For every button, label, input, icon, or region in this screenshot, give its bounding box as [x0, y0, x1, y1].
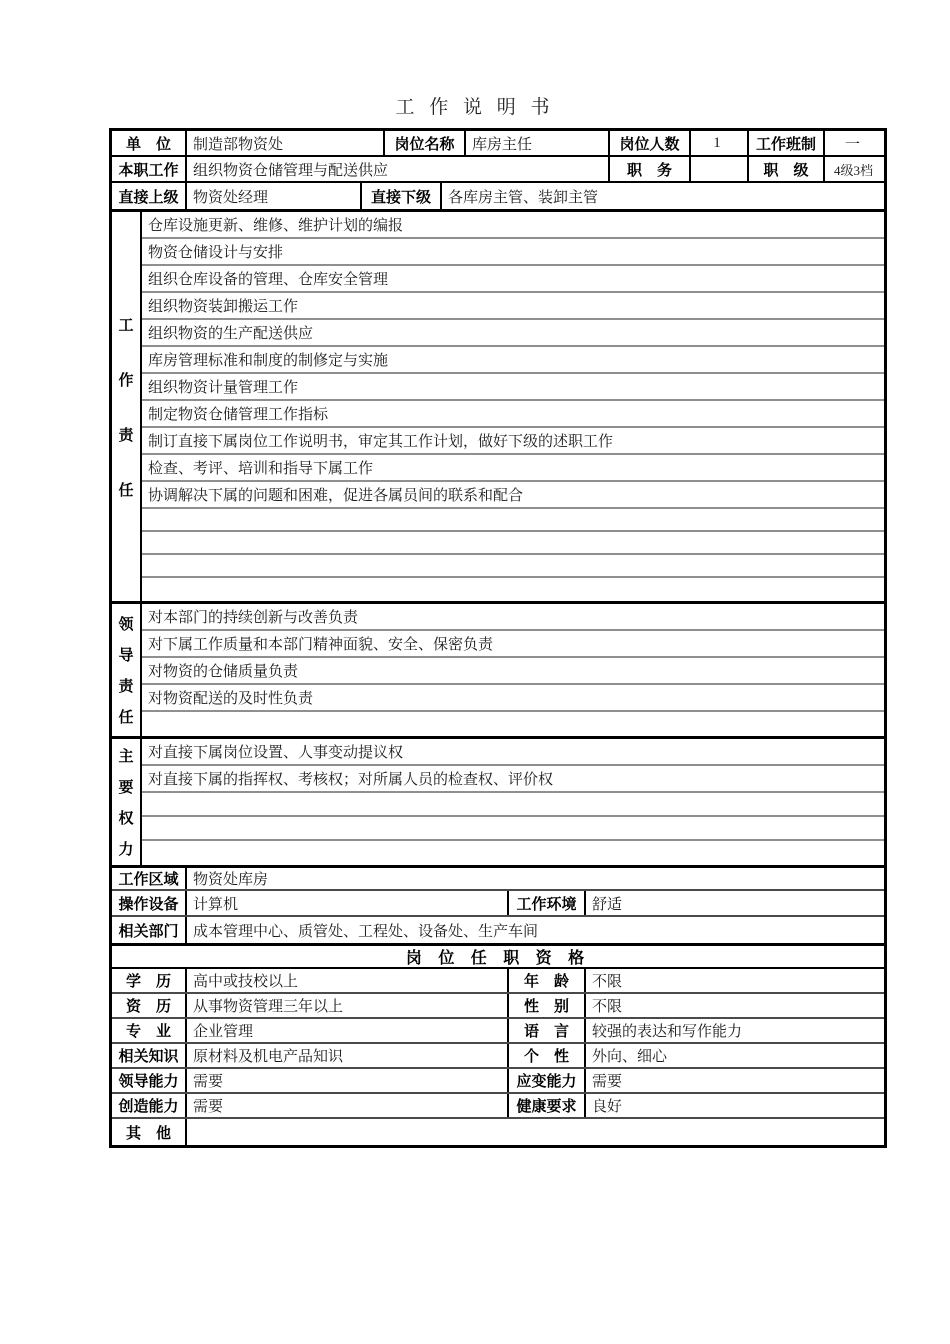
work-responsibilities-rows: 仓库设施更新、维修、维护计划的编报 物资仓储设计与安排 组织仓库设备的管理、仓库… — [142, 212, 884, 601]
empty-row — [142, 555, 884, 578]
subordinate-label: 直接下级 — [362, 183, 442, 209]
vlabel-char: 要 — [118, 776, 133, 797]
superior-label: 直接上级 — [112, 183, 187, 209]
personality-value: 外向、细心 — [586, 1044, 884, 1067]
duty-item-row: 检查、考评、培训和指导下属工作 — [142, 455, 884, 482]
leadership-vertical-label: 领 导 责 任 — [112, 604, 142, 736]
experience-label: 资 历 — [112, 994, 187, 1017]
duty-item-row: 物资仓储设计与安排 — [142, 239, 884, 266]
authorities-vertical-label: 主 要 权 力 — [112, 739, 142, 865]
language-label: 语 言 — [509, 1019, 586, 1042]
equipment-value: 计算机 — [187, 891, 509, 915]
vlabel-char: 力 — [118, 838, 133, 859]
qualification-row: 专 业 企业管理 语 言 较强的表达和写作能力 — [112, 1019, 884, 1044]
section-work-responsibilities: 工 作 责 任 仓库设施更新、维修、维护计划的编报 物资仓储设计与安排 组织仓库… — [112, 209, 884, 601]
vlabel-char: 责 — [118, 675, 133, 696]
duty-item-row: 组织物资装卸搬运工作 — [142, 293, 884, 320]
section-main-authorities: 主 要 权 力 对直接下属岗位设置、人事变动提议权 对直接下属的指挥权、考核权；… — [112, 736, 884, 865]
work-area-row: 工作区域 物资处库房 — [112, 865, 884, 891]
rank-label: 职 级 — [749, 157, 825, 181]
duty-item-row: 库房管理标准和制度的制修定与实施 — [142, 347, 884, 374]
qualification-row: 领导能力 需要 应变能力 需要 — [112, 1069, 884, 1094]
vlabel-char: 主 — [118, 745, 133, 766]
duty-item-row: 仓库设施更新、维修、维护计划的编报 — [142, 212, 884, 239]
empty-row — [142, 509, 884, 532]
vlabel-char: 权 — [118, 807, 133, 828]
leadership-item-row: 对物资的仓储质量负责 — [142, 658, 884, 685]
qualification-row: 资 历 从事物资管理三年以上 性 别 不限 — [112, 994, 884, 1019]
duty-item-row: 组织物资的生产配送供应 — [142, 320, 884, 347]
rank-value: 4级3档 — [825, 157, 884, 181]
headcount-label: 岗位人数 — [610, 131, 691, 155]
leadership-ability-value: 需要 — [187, 1069, 509, 1092]
section-leadership-responsibilities: 领 导 责 任 对本部门的持续创新与改善负责 对下属工作质量和本部门精神面貌、安… — [112, 601, 884, 736]
empty-row — [142, 532, 884, 555]
qualification-row: 创造能力 需要 健康要求 良好 — [112, 1094, 884, 1119]
empty-row — [142, 817, 884, 841]
authority-item-row: 对直接下属岗位设置、人事变动提议权 — [142, 739, 884, 766]
duty-label: 职 务 — [610, 157, 691, 181]
shift-value: 一 — [825, 131, 884, 155]
age-value: 不限 — [586, 969, 884, 992]
subordinate-value: 各库房主管、装卸主管 — [442, 183, 884, 209]
adaptability-label: 应变能力 — [509, 1069, 586, 1092]
creativity-value: 需要 — [187, 1094, 509, 1117]
leadership-item-row: 对下属工作质量和本部门精神面貌、安全、保密负责 — [142, 631, 884, 658]
main-job-value: 组织物资仓储管理与配送供应 — [187, 157, 610, 181]
qualifications-section-title: 岗 位 任 职 资 格 — [112, 943, 884, 969]
empty-row — [142, 712, 884, 736]
work-area-value: 物资处库房 — [187, 868, 884, 889]
empty-row — [142, 578, 884, 601]
environment-value: 舒适 — [586, 891, 884, 915]
knowledge-value: 原材料及机电产品知识 — [187, 1044, 509, 1067]
language-value: 较强的表达和写作能力 — [586, 1019, 884, 1042]
gender-label: 性 别 — [509, 994, 586, 1017]
empty-row — [142, 841, 884, 865]
leadership-item-row: 对本部门的持续创新与改善负责 — [142, 604, 884, 631]
superior-value: 物资处经理 — [187, 183, 362, 209]
vlabel-char: 作 — [118, 369, 133, 390]
work-area-label: 工作区域 — [112, 868, 187, 889]
leadership-item-row: 对物资配送的及时性负责 — [142, 685, 884, 712]
vlabel-char: 工 — [118, 314, 133, 335]
main-job-label: 本职工作 — [112, 157, 187, 181]
adaptability-value: 需要 — [586, 1069, 884, 1092]
unit-label: 单 位 — [112, 131, 187, 155]
other-row: 其 他 — [112, 1119, 884, 1145]
vlabel-char: 责 — [118, 424, 133, 445]
header-row-2: 本职工作 组织物资仓储管理与配送供应 职 务 职 级 4级3档 — [112, 157, 884, 183]
related-departments-value: 成本管理中心、质管处、工程处、设备处、生产车间 — [187, 917, 884, 943]
related-departments-row: 相关部门 成本管理中心、质管处、工程处、设备处、生产车间 — [112, 917, 884, 943]
qualification-row: 相关知识 原材料及机电产品知识 个 性 外向、细心 — [112, 1044, 884, 1069]
header-row-3: 直接上级 物资处经理 直接下级 各库房主管、装卸主管 — [112, 183, 884, 209]
duty-item-row: 制订直接下属岗位工作说明书，审定其工作计划，做好下级的述职工作 — [142, 428, 884, 455]
equipment-environment-row: 操作设备 计算机 工作环境 舒适 — [112, 891, 884, 917]
empty-row — [142, 793, 884, 817]
duty-item-row: 协调解决下属的问题和困难，促进各属员间的联系和配合 — [142, 482, 884, 509]
personality-label: 个 性 — [509, 1044, 586, 1067]
vlabel-char: 任 — [118, 706, 133, 727]
duty-item-row: 制定物资仓储管理工作指标 — [142, 401, 884, 428]
qualification-row: 学 历 高中或技校以上 年 龄 不限 — [112, 969, 884, 994]
authorities-rows: 对直接下属岗位设置、人事变动提议权 对直接下属的指挥权、考核权；对所属人员的检查… — [142, 739, 884, 865]
major-label: 专 业 — [112, 1019, 187, 1042]
work-responsibilities-vertical-label: 工 作 责 任 — [112, 212, 142, 601]
duty-item-row: 组织物资计量管理工作 — [142, 374, 884, 401]
other-label: 其 他 — [112, 1119, 187, 1145]
equipment-label: 操作设备 — [112, 891, 187, 915]
knowledge-label: 相关知识 — [112, 1044, 187, 1067]
unit-value: 制造部物资处 — [187, 131, 385, 155]
health-label: 健康要求 — [509, 1094, 586, 1117]
duty-value — [691, 157, 749, 181]
document-page: 工 作 说 明 书 单 位 制造部物资处 岗位名称 库房主任 岗位人数 1 工作… — [0, 0, 950, 1344]
leadership-rows: 对本部门的持续创新与改善负责 对下属工作质量和本部门精神面貌、安全、保密负责 对… — [142, 604, 884, 736]
position-name-label: 岗位名称 — [385, 131, 466, 155]
education-value: 高中或技校以上 — [187, 969, 509, 992]
other-value — [187, 1119, 884, 1145]
headcount-value: 1 — [691, 131, 749, 155]
leadership-ability-label: 领导能力 — [112, 1069, 187, 1092]
job-description-table: 单 位 制造部物资处 岗位名称 库房主任 岗位人数 1 工作班制 一 本职工作 … — [109, 128, 887, 1148]
page-title: 工 作 说 明 书 — [0, 92, 950, 119]
vlabel-char: 领 — [118, 613, 133, 634]
gender-value: 不限 — [586, 994, 884, 1017]
experience-value: 从事物资管理三年以上 — [187, 994, 509, 1017]
position-name-value: 库房主任 — [466, 131, 610, 155]
vlabel-char: 任 — [118, 479, 133, 500]
health-value: 良好 — [586, 1094, 884, 1117]
header-row-1: 单 位 制造部物资处 岗位名称 库房主任 岗位人数 1 工作班制 一 — [112, 131, 884, 157]
shift-label: 工作班制 — [749, 131, 825, 155]
related-departments-label: 相关部门 — [112, 917, 187, 943]
duty-item-row: 组织仓库设备的管理、仓库安全管理 — [142, 266, 884, 293]
major-value: 企业管理 — [187, 1019, 509, 1042]
age-label: 年 龄 — [509, 969, 586, 992]
vlabel-char: 导 — [118, 644, 133, 665]
creativity-label: 创造能力 — [112, 1094, 187, 1117]
education-label: 学 历 — [112, 969, 187, 992]
environment-label: 工作环境 — [509, 891, 586, 915]
authority-item-row: 对直接下属的指挥权、考核权；对所属人员的检查权、评价权 — [142, 766, 884, 793]
